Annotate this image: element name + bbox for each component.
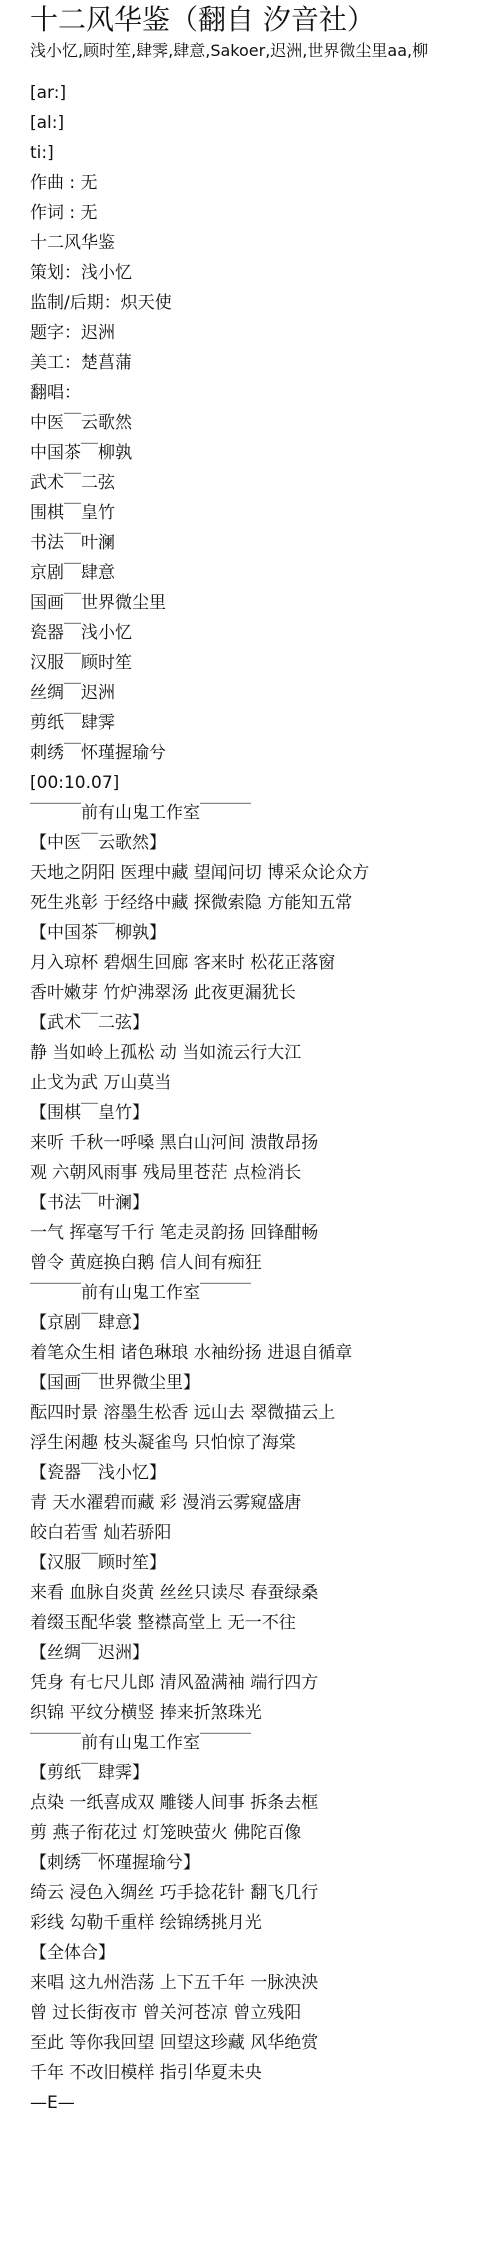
lyric-line: 静 当如岭上孤松 动 当如流云行大江 [30, 1038, 500, 1068]
lyric-line: 瓷器￣浅小忆 [30, 618, 500, 648]
lyric-line: 【丝绸￣迟洲】 [30, 1638, 500, 1668]
lyric-line: 书法￣叶澜 [30, 528, 500, 558]
lyric-line: 月入琼杯 碧烟生回廊 客来时 松花正落窗 [30, 948, 500, 978]
lyric-line: 剪纸￣肆霁 [30, 708, 500, 738]
lyric-line: [ar:] [30, 78, 500, 108]
lyric-line: 丝绸￣迟洲 [30, 678, 500, 708]
lyric-line: [00:10.07] [30, 768, 500, 798]
lyric-line: 【书法￣叶澜】 [30, 1188, 500, 1218]
lyric-line: 作曲 : 无 [30, 168, 500, 198]
lyric-line: 千年 不改旧模样 指引华夏未央 [30, 2058, 500, 2088]
lyric-line: 【全体合】 [30, 1938, 500, 1968]
lyric-line: 监制/后期：炽天使 [30, 288, 500, 318]
lyric-line: 中国茶￣柳孰 [30, 438, 500, 468]
lyric-line: 美工：楚菖蒲 [30, 348, 500, 378]
lyric-line: 【刺绣￣怀瑾握瑜兮】 [30, 1848, 500, 1878]
lyric-line: 题字：迟洲 [30, 318, 500, 348]
lyric-line: 作词 : 无 [30, 198, 500, 228]
lyric-line: 皎白若雪 灿若骄阳 [30, 1518, 500, 1548]
lyric-line: 至此 等你我回望 回望这珍藏 风华绝赏 [30, 2028, 500, 2058]
lyric-line: [al:] [30, 108, 500, 138]
lyric-line: 【中医￣云歌然】 [30, 828, 500, 858]
lyric-line: 点染 一纸喜成双 雕镂人间事 拆条去框 [30, 1788, 500, 1818]
lyric-line: 【围棋￣皇竹】 [30, 1098, 500, 1128]
lyric-line: 策划：浅小忆 [30, 258, 500, 288]
lyric-line: 酝四时景 溶墨生松香 远山去 翠微描云上 [30, 1398, 500, 1428]
lyric-line: 曾 过长街夜市 曾关河苍凉 曾立残阳 [30, 1998, 500, 2028]
artist-list: 浅小忆,顾时笙,肆霁,肆意,Sakoer,迟洲,世界微尘里aa,柳 [30, 38, 500, 64]
lyric-line: 【瓷器￣浅小忆】 [30, 1458, 500, 1488]
lyric-line: ￣￣￣前有山鬼工作室￣￣￣ [30, 798, 500, 828]
lyric-line: 浮生闲趣 枝头凝雀鸟 只怕惊了海棠 [30, 1428, 500, 1458]
lyric-line: 一气 挥毫写千行 笔走灵韵扬 回锋酣畅 [30, 1218, 500, 1248]
lyric-line: 【中国茶￣柳孰】 [30, 918, 500, 948]
lyric-line: 武术￣二弦 [30, 468, 500, 498]
lyric-line: 中医￣云歌然 [30, 408, 500, 438]
lyric-line: 织锦 平纹分横竖 捧来折煞珠光 [30, 1698, 500, 1728]
lyric-line: 【国画￣世界微尘里】 [30, 1368, 500, 1398]
lyric-line: 香叶嫩芽 竹炉沸翠汤 此夜更漏犹长 [30, 978, 500, 1008]
lyric-line: —E— [30, 2088, 500, 2118]
lyric-line: 天地之阴阳 医理中藏 望闻问切 博采众论众方 [30, 858, 500, 888]
lyric-line: 来听 千秋一呼嗓 黑白山河间 溃散昂扬 [30, 1128, 500, 1158]
lyric-line: 观 六朝风雨事 残局里苍茫 点检消长 [30, 1158, 500, 1188]
lyric-line: 曾令 黄庭换白鹅 信人间有痴狂 [30, 1248, 500, 1278]
lyric-line: 国画￣世界微尘里 [30, 588, 500, 618]
lyric-line: 翻唱： [30, 378, 500, 408]
lyric-line: 十二风华鉴 [30, 228, 500, 258]
lyric-line: 彩线 勾勒千重样 绘锦绣挑月光 [30, 1908, 500, 1938]
lyric-line: 【武术￣二弦】 [30, 1008, 500, 1038]
lyric-line: ￣￣￣前有山鬼工作室￣￣￣ [30, 1728, 500, 1758]
lyric-line: 青 天水濯碧而藏 彩 漫消云雾窥盛唐 [30, 1488, 500, 1518]
lyric-line: 围棋￣皇竹 [30, 498, 500, 528]
lyric-line: 凭身 有七尺儿郎 清风盈满袖 端行四方 [30, 1668, 500, 1698]
lyric-line: 来看 血脉自炎黄 丝丝只读尽 春蚕绿桑 [30, 1578, 500, 1608]
lyrics-body: [ar:][al:]ti:] 作曲 : 无 作词 : 无十二风华鉴策划：浅小忆监… [30, 78, 500, 2118]
lyric-line: ti:] [30, 138, 500, 168]
lyric-line: 着笔众生相 诸色琳琅 水袖纷扬 进退自循章 [30, 1338, 500, 1368]
lyric-line: 刺绣￣怀瑾握瑜兮 [30, 738, 500, 768]
lyric-line: 【京剧￣肆意】 [30, 1308, 500, 1338]
lyric-line: 着缀玉配华裳 整襟高堂上 无一不往 [30, 1608, 500, 1638]
lyric-line: 汉服￣顾时笙 [30, 648, 500, 678]
lyric-line: 死生兆彰 于经络中藏 探微索隐 方能知五常 [30, 888, 500, 918]
song-title: 十二风华鉴（翻自 汐音社） [30, 2, 375, 38]
lyric-line: 【剪纸￣肆霁】 [30, 1758, 500, 1788]
lyric-line: 京剧￣肆意 [30, 558, 500, 588]
lyric-line: 止戈为武 万山莫当 [30, 1068, 500, 1098]
lyric-line: ￣￣￣前有山鬼工作室￣￣￣ [30, 1278, 500, 1308]
lyric-line: 剪 燕子衔花过 灯笼映萤火 佛陀百像 [30, 1818, 500, 1848]
lyric-line: 来唱 这九州浩荡 上下五千年 一脉泱泱 [30, 1968, 500, 1998]
lyric-line: 绮云 浸色入绸丝 巧手捻花针 翻飞几行 [30, 1878, 500, 1908]
lyric-line: 【汉服￣顾时笙】 [30, 1548, 500, 1578]
